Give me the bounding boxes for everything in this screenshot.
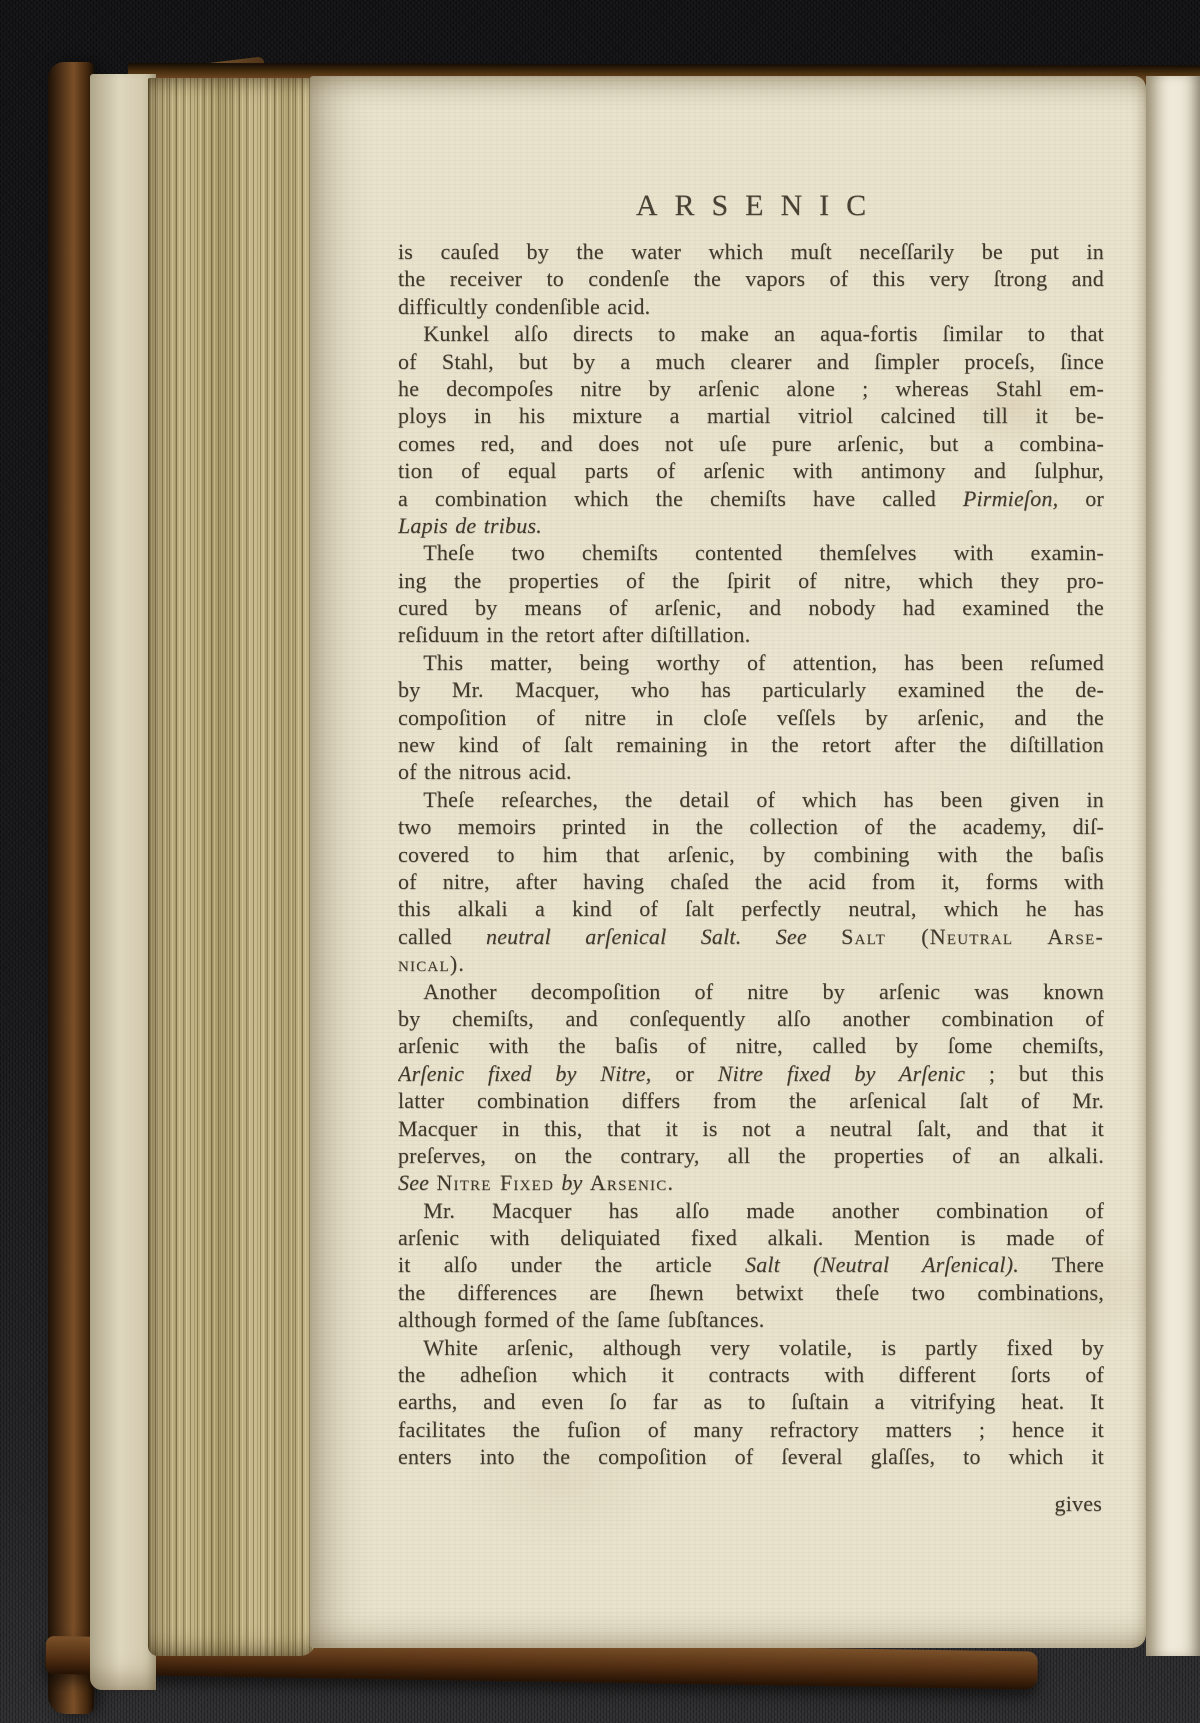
- text-line: called neutral arſenical Salt. See Salt …: [398, 923, 1104, 950]
- text-line: preſerves, on the contrary, all the prop…: [398, 1142, 1104, 1169]
- text-line: by chemiſts, and conſequently alſo anoth…: [398, 1005, 1104, 1032]
- text-line: arſenic with the baſis of nitre, called …: [398, 1032, 1104, 1059]
- text-line: by Mr. Macquer, who has particularly exa…: [398, 676, 1104, 703]
- text-line: this alkali a kind of ſalt perfectly neu…: [398, 895, 1104, 922]
- text-line: nical).: [398, 950, 1104, 977]
- text-line: although formed of the ſame ſubſtances.: [398, 1306, 1104, 1333]
- text-line: ploys in his mixture a martial vitriol c…: [398, 402, 1104, 429]
- text-line: earths, and even ſo far as to ſuſtain a …: [398, 1388, 1104, 1415]
- text-line: latter combination differs from the arſe…: [398, 1087, 1104, 1114]
- text-line: Macquer in this, that it is not a neutra…: [398, 1115, 1104, 1142]
- text-line: Another decompoſition of nitre by arſeni…: [398, 978, 1104, 1005]
- text-line: difficultly condenſible acid.: [398, 293, 1104, 320]
- text-line: Mr. Macquer has alſo made another combin…: [398, 1197, 1104, 1224]
- text-line: Kunkel alſo directs to make an aqua-fort…: [398, 320, 1104, 347]
- text-line: ing the properties of the ſpirit of nitr…: [398, 567, 1104, 594]
- text-line: See Nitre Fixed by Arsenic.: [398, 1169, 1104, 1196]
- text-line: of Stahl, but by a much clearer and ſimp…: [398, 348, 1104, 375]
- text-line: facilitates the fuſion of many refractor…: [398, 1416, 1104, 1443]
- text-line: reſiduum in the retort after diſtillatio…: [398, 621, 1104, 648]
- fore-edge-page-stack: [148, 78, 316, 1656]
- flyleaf-edge: [90, 74, 156, 1690]
- text-line: This matter, being worthy of attention, …: [398, 649, 1104, 676]
- text-line: of the nitrous acid.: [398, 758, 1104, 785]
- text-line: tion of equal parts of arſenic with anti…: [398, 457, 1104, 484]
- text-line: White arſenic, although very volatile, i…: [398, 1334, 1104, 1361]
- text-line: Theſe reſearches, the detail of which ha…: [398, 786, 1104, 813]
- text-line: enters into the compoſition of ſeveral g…: [398, 1443, 1104, 1470]
- page-header: ARSENIC: [398, 186, 1104, 226]
- text-column: ARSENIC is cauſed by the water which muſ…: [398, 186, 1104, 1517]
- text-line: a combination which the chemiſts have ca…: [398, 485, 1104, 512]
- text-line: comes red, and does not uſe pure arſenic…: [398, 430, 1104, 457]
- text-line: Lapis de tribus.: [398, 512, 1104, 539]
- text-line: covered to him that arſenic, by combinin…: [398, 841, 1104, 868]
- text-line: Theſe two chemiſts contented themſelves …: [398, 539, 1104, 566]
- text-line: is cauſed by the water which muſt neceſſ…: [398, 238, 1104, 265]
- text-line: compoſition of nitre in cloſe veſſels by…: [398, 704, 1104, 731]
- text-line: it alſo under the article Salt (Neutral …: [398, 1251, 1104, 1278]
- book-photo: ARSENIC is cauſed by the water which muſ…: [0, 0, 1200, 1723]
- page-text: is cauſed by the water which muſt neceſſ…: [398, 238, 1104, 1471]
- text-line: two memoirs printed in the collection of…: [398, 813, 1104, 840]
- text-line: new kind of ſalt remaining in the retort…: [398, 731, 1104, 758]
- catchword: gives: [398, 1490, 1104, 1517]
- book-cover-edge-left: [48, 62, 94, 1714]
- text-line: of nitre, after having chaſed the acid f…: [398, 868, 1104, 895]
- text-line: the differences are ſhewn betwixt theſe …: [398, 1279, 1104, 1306]
- text-line: cured by means of arſenic, and nobody ha…: [398, 594, 1104, 621]
- text-line: Arſenic fixed by Nitre, or Nitre fixed b…: [398, 1060, 1104, 1087]
- text-line: he decompoſes nitre by arſenic alone ; w…: [398, 375, 1104, 402]
- text-line: arſenic with deliquiated fixed alkali. M…: [398, 1224, 1104, 1251]
- facing-page-edge: [1146, 76, 1200, 1656]
- text-line: the receiver to condenſe the vapors of t…: [398, 265, 1104, 292]
- text-line: the adheſion which it contracts with dif…: [398, 1361, 1104, 1388]
